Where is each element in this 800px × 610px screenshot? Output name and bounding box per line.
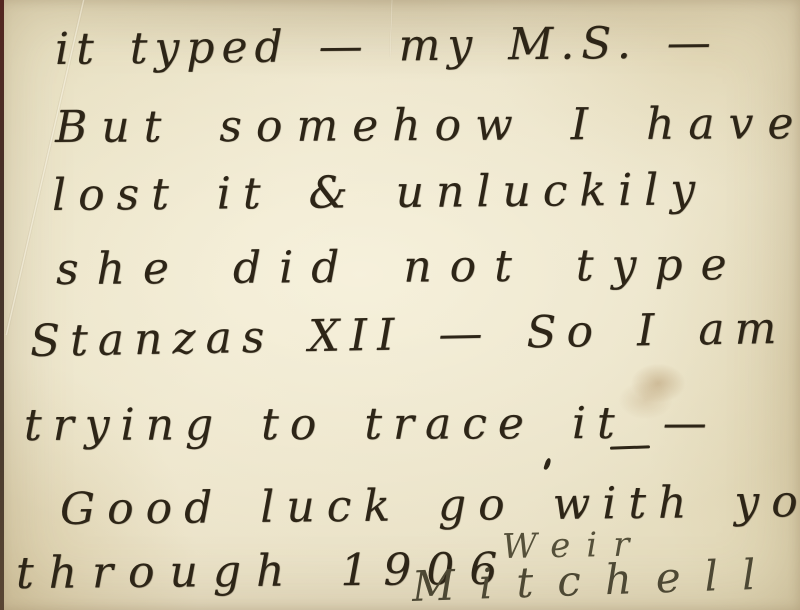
handwriting-line-7: Good luck go with you [60,480,800,532]
handwriting-line-4: she did not type [56,243,745,292]
handwriting-line-6: trying to trace it — [24,402,718,448]
ink-underline [610,445,650,449]
scanned-note: it typed — my M.S. — But somehow I have … [0,0,800,610]
handwriting-line-3: lost it & unluckily [52,168,707,218]
scan-edge-strip [0,0,4,610]
handwriting-line-1: it typed — my M.S. — [55,21,718,72]
ink-speck [543,458,551,471]
signature-surname: Mitchell [411,553,780,608]
handwriting-line-5: Stanzas XII — So I am [30,307,787,364]
handwriting-line-2: But somehow I have [55,102,800,150]
